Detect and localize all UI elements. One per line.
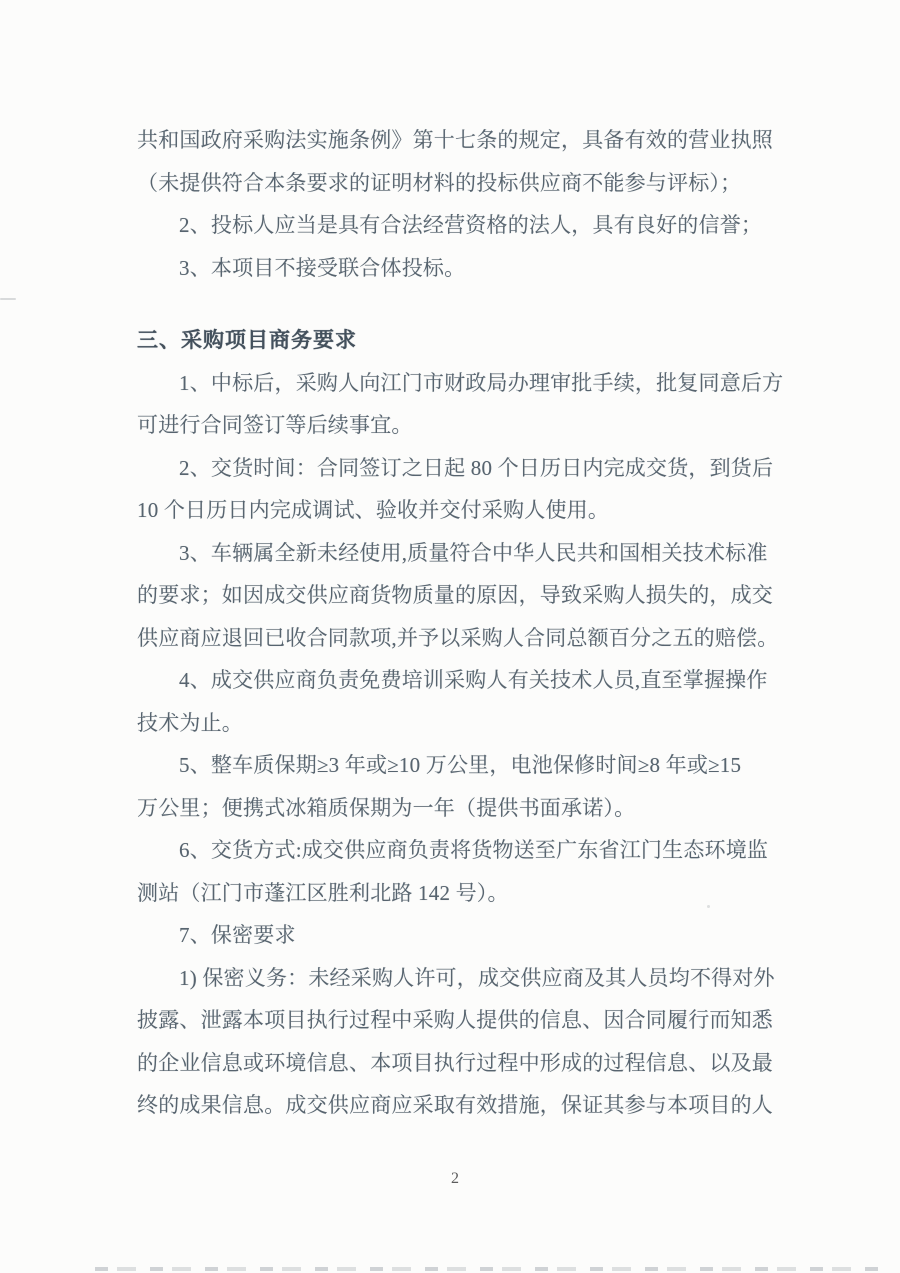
text-line: 技术为止。 [137,702,773,745]
text-line: 供应商应退回已收合同款项,并予以采购人合同总额百分之五的赔偿。 [137,617,773,660]
text-line: 5、整车质保期≥3 年或≥10 万公里，电池保修时间≥8 年或≥15 [137,744,773,787]
scan-artifact-speck [707,905,710,908]
text-line: 1、中标后，采购人向江门市财政局办理审批手续，批复同意后方 [137,362,773,405]
page-number: 2 [137,1170,773,1188]
text-line: （未提供符合本条要求的证明材料的投标供应商不能参与评标）； [137,162,773,205]
scan-artifact-bottom-cutoff [95,1267,885,1271]
text-line: 终的成果信息。成交供应商应采取有效措施，保证其参与本项目的人 [137,1084,773,1127]
scan-artifact-speck [0,298,16,300]
text-line: 的企业信息或环境信息、本项目执行过程中形成的过程信息、以及最 [137,1042,773,1085]
section-heading: 三、采购项目商务要求 [137,319,773,362]
text-line: 的要求；如因成交供应商货物质量的原因，导致采购人损失的，成交 [137,574,773,617]
text-line: 测站（江门市蓬江区胜利北路 142 号）。 [137,872,773,915]
text-line: 披露、泄露本项目执行过程中采购人提供的信息、因合同履行而知悉 [137,999,773,1042]
text-line: 2、投标人应当是具有合法经营资格的法人，具有良好的信誉； [137,204,773,247]
text-line: 3、本项目不接受联合体投标。 [137,247,773,290]
scanned-page: 共和国政府采购法实施条例》第十七条的规定，具备有效的营业执照（未提供符合本条要求… [0,0,900,1273]
text-line: 6、交货方式:成交供应商负责将货物送至广东省江门生态环境监 [137,829,773,872]
document-body: 共和国政府采购法实施条例》第十七条的规定，具备有效的营业执照（未提供符合本条要求… [137,119,773,1127]
text-line: 1) 保密义务：未经采购人许可，成交供应商及其人员均不得对外 [137,957,773,1000]
text-line: 可进行合同签订等后续事宜。 [137,404,773,447]
text-line: 4、成交供应商负责免费培训采购人有关技术人员,直至掌握操作 [137,659,773,702]
text-line: 7、保密要求 [137,914,773,957]
text-line: 万公里；便携式冰箱质保期为一年（提供书面承诺）。 [137,787,773,830]
text-line: 2、交货时间：合同签订之日起 80 个日历日内完成交货，到货后 [137,447,773,490]
text-line: 3、车辆属全新未经使用,质量符合中华人民共和国相关技术标准 [137,532,773,575]
text-line: 10 个日历日内完成调试、验收并交付采购人使用。 [137,489,773,532]
text-line: 共和国政府采购法实施条例》第十七条的规定，具备有效的营业执照 [137,119,773,162]
